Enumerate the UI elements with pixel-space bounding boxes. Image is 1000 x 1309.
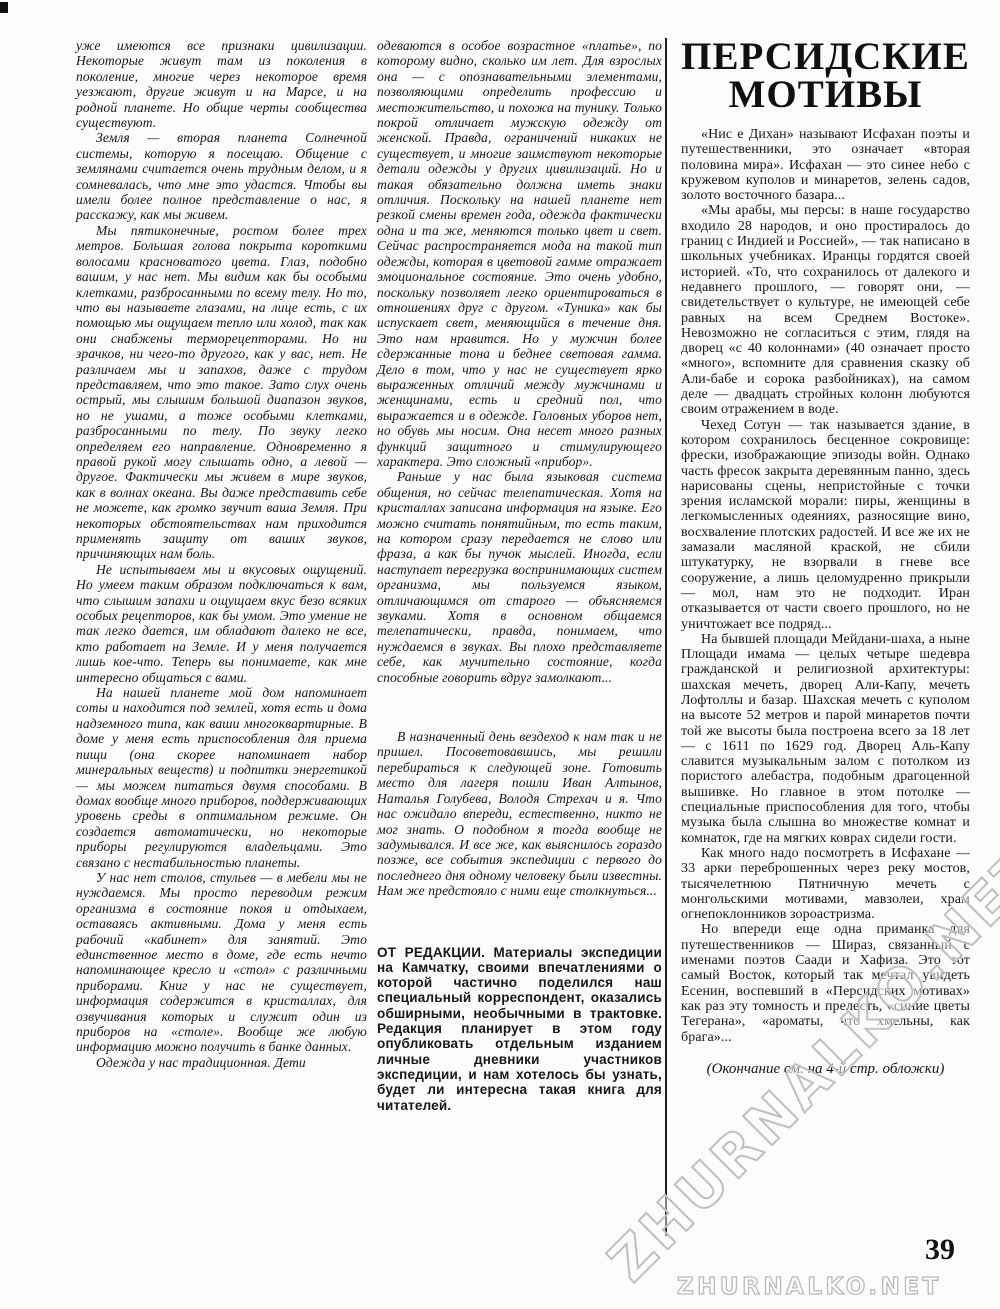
column-3: ПЕРСИДСКИЕМОТИВЫ «Нис е Дихан» называют …: [681, 38, 970, 1078]
paragraph: Как много надо посмотреть в Исфахане — 3…: [681, 846, 970, 922]
print-corner-mark: [0, 2, 8, 13]
paragraph: одеваются в особое возрастное «платье», …: [377, 38, 662, 469]
paragraph: Одежда у нас традиционная. Дети: [76, 1055, 367, 1070]
closing-note: (Окончание см. на 4-й стр. обложки): [681, 1061, 970, 1078]
article-title: ПЕРСИДСКИЕМОТИВЫ: [681, 38, 970, 114]
paragraph: На бывшей площади Мейдани-шаха, а ныне П…: [681, 632, 970, 846]
column-3-paragraphs: «Нис е Дихан» называют Исфахан поэты и п…: [681, 127, 970, 1045]
article-title-line1: ПЕРСИДСКИЕ: [681, 35, 970, 78]
column-divider-rule: [665, 38, 667, 1236]
paragraph: «Мы арабы, мы персы: в наше государство …: [681, 203, 970, 417]
paragraph: Чехед Сотун — так называется здание, в к…: [681, 418, 970, 632]
paragraph: У нас нет столов, стульев — в мебели мы …: [76, 870, 367, 1055]
paragraph: уже имеются все признаки цивилизации. Не…: [76, 38, 367, 130]
paragraph: Раньше у нас была языковая система общен…: [377, 469, 662, 685]
paragraph: Земля — вторая планета Солнечной системы…: [76, 130, 367, 222]
paragraph: Но впереди еще одна приманка для путешес…: [681, 922, 970, 1044]
editorial-note: ОТ РЕДАКЦИИ. Материалы экспедиции на Кам…: [377, 945, 662, 1113]
column-2: одеваются в особое возрастное «платье», …: [377, 38, 662, 1113]
column-1-paragraphs: уже имеются все признаки цивилизации. Не…: [76, 38, 367, 1070]
paragraph: На нашей планете мой дом напоминает соты…: [76, 685, 367, 870]
column-1: уже имеются все признаки цивилизации. Не…: [76, 38, 367, 1070]
paragraph: Не испытываем мы и вкусовых ощущений. Но…: [76, 562, 367, 685]
article-title-line2: МОТИВЫ: [729, 73, 923, 116]
paragraph: «Нис е Дихан» называют Исфахан поэты и п…: [681, 127, 970, 203]
magazine-page: уже имеются все признаки цивилизации. Не…: [0, 0, 1000, 1309]
paragraph: Мы пятиконечные, ростом более трех метро…: [76, 223, 367, 562]
page-number: 39: [925, 1234, 955, 1266]
column-2-paragraphs: одеваются в особое возрастное «платье», …: [377, 38, 662, 685]
watermark-footer: ZHURNALKO.NET: [677, 1274, 942, 1300]
expedition-paragraph: В назначенный день вездеход к нам так и …: [377, 729, 662, 898]
